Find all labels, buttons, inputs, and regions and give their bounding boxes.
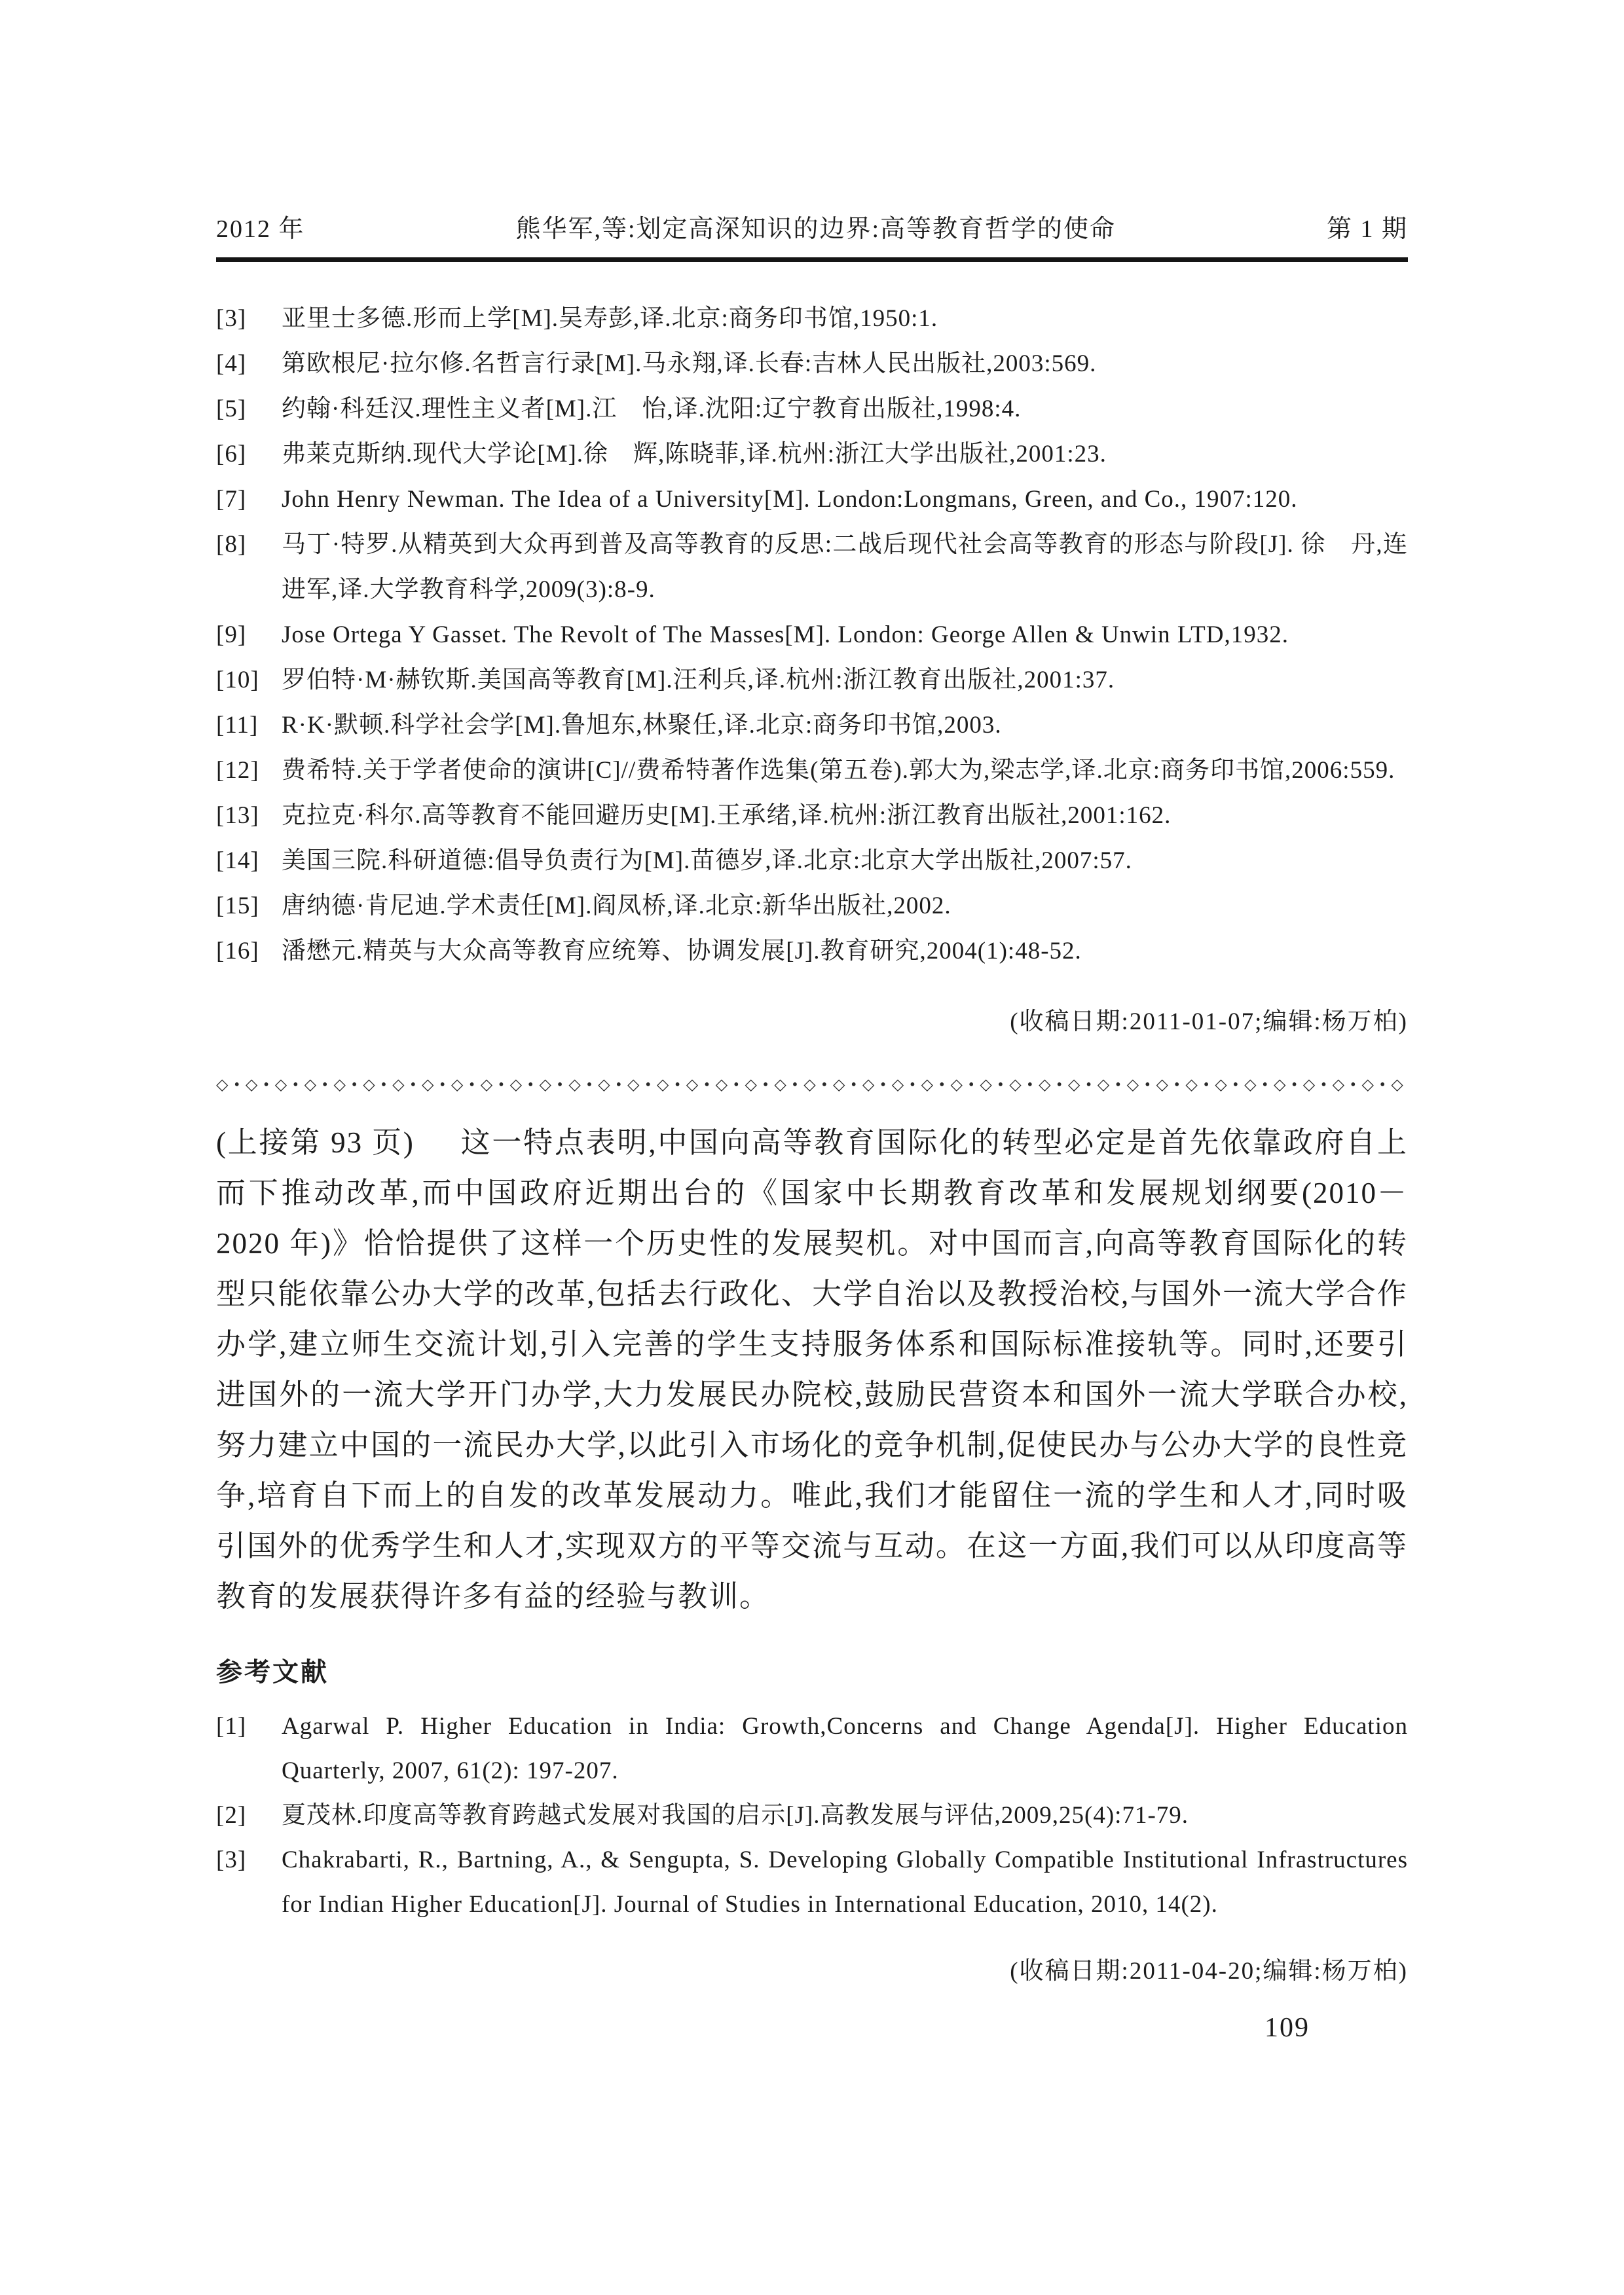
received-date-note: (收稿日期:2011-04-20;编辑:杨万柏) bbox=[216, 1951, 1408, 1986]
reference-item: [3] 亚里士多德.形而上学[M].吴寿彭,译.北京:商务印书馆,1950:1. bbox=[216, 296, 1408, 341]
reference-text: Agarwal P. Higher Education in India: Gr… bbox=[282, 1704, 1408, 1793]
reference-number: [3] bbox=[216, 296, 282, 341]
reference-number: [2] bbox=[216, 1793, 282, 1838]
reference-item: [10] 罗伯特·M·赫钦斯.美国高等教育[M].汪利兵,译.杭州:浙江教育出版… bbox=[216, 657, 1408, 703]
reference-item: [11] R·K·默顿.科学社会学[M].鲁旭东,林聚任,译.北京:商务印书馆,… bbox=[216, 703, 1408, 748]
reference-text: 马丁·特罗.从精英到大众再到普及高等教育的反思:二战后现代社会高等教育的形态与阶… bbox=[282, 522, 1408, 612]
reference-item: [8] 马丁·特罗.从精英到大众再到普及高等教育的反思:二战后现代社会高等教育的… bbox=[216, 522, 1408, 612]
reference-number: [1] bbox=[216, 1704, 282, 1793]
reference-item: [15] 唐纳德·肯尼迪.学术责任[M].阎凤桥,译.北京:新华出版社,2002… bbox=[216, 883, 1408, 928]
reference-number: [11] bbox=[216, 703, 282, 748]
bottom-reference-list: [1] Agarwal P. Higher Education in India… bbox=[216, 1704, 1408, 1927]
reference-text: 亚里士多德.形而上学[M].吴寿彭,译.北京:商务印书馆,1950:1. bbox=[282, 296, 1408, 341]
reference-text: 第欧根尼·拉尔修.名哲言行录[M].马永翔,译.长春:吉林人民出版社,2003:… bbox=[282, 341, 1408, 386]
header-rule bbox=[216, 257, 1408, 262]
journal-year: 2012 年 bbox=[216, 208, 305, 244]
reference-item: [4] 第欧根尼·拉尔修.名哲言行录[M].马永翔,译.长春:吉林人民出版社,2… bbox=[216, 341, 1408, 386]
reference-number: [5] bbox=[216, 386, 282, 431]
reference-text: 美国三院.科研道德:倡导负责行为[M].苗德岁,译.北京:北京大学出版社,200… bbox=[282, 838, 1408, 883]
reference-number: [15] bbox=[216, 883, 282, 928]
references-heading: 参考文献 bbox=[216, 1651, 1408, 1689]
reference-text: Chakrabarti, R., Bartning, A., & Sengupt… bbox=[282, 1838, 1408, 1927]
reference-item: [16] 潘懋元.精英与大众高等教育应统筹、协调发展[J].教育研究,2004(… bbox=[216, 928, 1408, 974]
reference-item: [5] 约翰·科廷汉.理性主义者[M].江 怡,译.沈阳:辽宁教育出版社,199… bbox=[216, 386, 1408, 431]
reference-item: [3] Chakrabarti, R., Bartning, A., & Sen… bbox=[216, 1838, 1408, 1927]
reference-item: [13] 克拉克·科尔.高等教育不能回避历史[M].王承绪,译.杭州:浙江教育出… bbox=[216, 793, 1408, 838]
reference-number: [4] bbox=[216, 341, 282, 386]
reference-number: [12] bbox=[216, 748, 282, 793]
continued-from-label: (上接第 93 页) bbox=[216, 1126, 415, 1159]
reference-item: [1] Agarwal P. Higher Education in India… bbox=[216, 1704, 1408, 1793]
reference-item: [14] 美国三院.科研道德:倡导负责行为[M].苗德岁,译.北京:北京大学出版… bbox=[216, 838, 1408, 883]
continued-article-paragraph: (上接第 93 页)这一特点表明,中国向高等教育国际化的转型必定是首先依靠政府自… bbox=[216, 1118, 1408, 1622]
reference-item: [12] 费希特.关于学者使命的演讲[C]//费希特著作选集(第五卷).郭大为,… bbox=[216, 748, 1408, 793]
reference-text: Jose Ortega Y Gasset. The Revolt of The … bbox=[282, 612, 1408, 657]
reference-item: [2] 夏茂林.印度高等教育跨越式发展对我国的启示[J].高教发展与评估,200… bbox=[216, 1793, 1408, 1838]
reference-text: 克拉克·科尔.高等教育不能回避历史[M].王承绪,译.杭州:浙江教育出版社,20… bbox=[282, 793, 1408, 838]
journal-page: 2012 年 熊华军,等:划定高深知识的边界:高等教育哲学的使命 第 1 期 [… bbox=[0, 0, 1624, 2295]
reference-number: [16] bbox=[216, 928, 282, 974]
top-reference-list: [3] 亚里士多德.形而上学[M].吴寿彭,译.北京:商务印书馆,1950:1.… bbox=[216, 296, 1408, 974]
reference-text: R·K·默顿.科学社会学[M].鲁旭东,林聚任,译.北京:商务印书馆,2003. bbox=[282, 703, 1408, 748]
page-number: 109 bbox=[216, 2012, 1408, 2044]
reference-text: 费希特.关于学者使命的演讲[C]//费希特著作选集(第五卷).郭大为,梁志学,译… bbox=[282, 748, 1408, 793]
running-title: 熊华军,等:划定高深知识的边界:高等教育哲学的使命 bbox=[305, 208, 1327, 244]
received-date-note: (收稿日期:2011-01-07;编辑:杨万柏) bbox=[216, 1001, 1408, 1037]
reference-text: John Henry Newman. The Idea of a Univers… bbox=[282, 477, 1408, 522]
continued-article-text: 这一特点表明,中国向高等教育国际化的转型必定是首先依靠政府自上而下推动改革,而中… bbox=[216, 1126, 1408, 1613]
reference-item: [7] John Henry Newman. The Idea of a Uni… bbox=[216, 477, 1408, 522]
reference-text: 潘懋元.精英与大众高等教育应统筹、协调发展[J].教育研究,2004(1):48… bbox=[282, 928, 1408, 974]
reference-number: [6] bbox=[216, 431, 282, 477]
reference-text: 弗莱克斯纳.现代大学论[M].徐 辉,陈晓菲,译.杭州:浙江大学出版社,2001… bbox=[282, 431, 1408, 477]
reference-text: 罗伯特·M·赫钦斯.美国高等教育[M].汪利兵,译.杭州:浙江教育出版社,200… bbox=[282, 657, 1408, 703]
reference-text: 夏茂林.印度高等教育跨越式发展对我国的启示[J].高教发展与评估,2009,25… bbox=[282, 1793, 1408, 1838]
reference-item: [9] Jose Ortega Y Gasset. The Revolt of … bbox=[216, 612, 1408, 657]
reference-number: [14] bbox=[216, 838, 282, 883]
reference-number: [8] bbox=[216, 522, 282, 612]
reference-number: [9] bbox=[216, 612, 282, 657]
reference-text: 唐纳德·肯尼迪.学术责任[M].阎凤桥,译.北京:新华出版社,2002. bbox=[282, 883, 1408, 928]
reference-number: [10] bbox=[216, 657, 282, 703]
issue-number: 第 1 期 bbox=[1327, 208, 1408, 244]
reference-number: [7] bbox=[216, 477, 282, 522]
reference-number: [3] bbox=[216, 1838, 282, 1927]
section-divider-ornament: ◇•◇•◇•◇•◇•◇•◇•◇•◇•◇•◇•◇•◇•◇•◇•◇•◇•◇•◇•◇•… bbox=[216, 1071, 1408, 1099]
running-header: 2012 年 熊华军,等:划定高深知识的边界:高等教育哲学的使命 第 1 期 bbox=[216, 208, 1408, 244]
reference-item: [6] 弗莱克斯纳.现代大学论[M].徐 辉,陈晓菲,译.杭州:浙江大学出版社,… bbox=[216, 431, 1408, 477]
reference-text: 约翰·科廷汉.理性主义者[M].江 怡,译.沈阳:辽宁教育出版社,1998:4. bbox=[282, 386, 1408, 431]
reference-number: [13] bbox=[216, 793, 282, 838]
